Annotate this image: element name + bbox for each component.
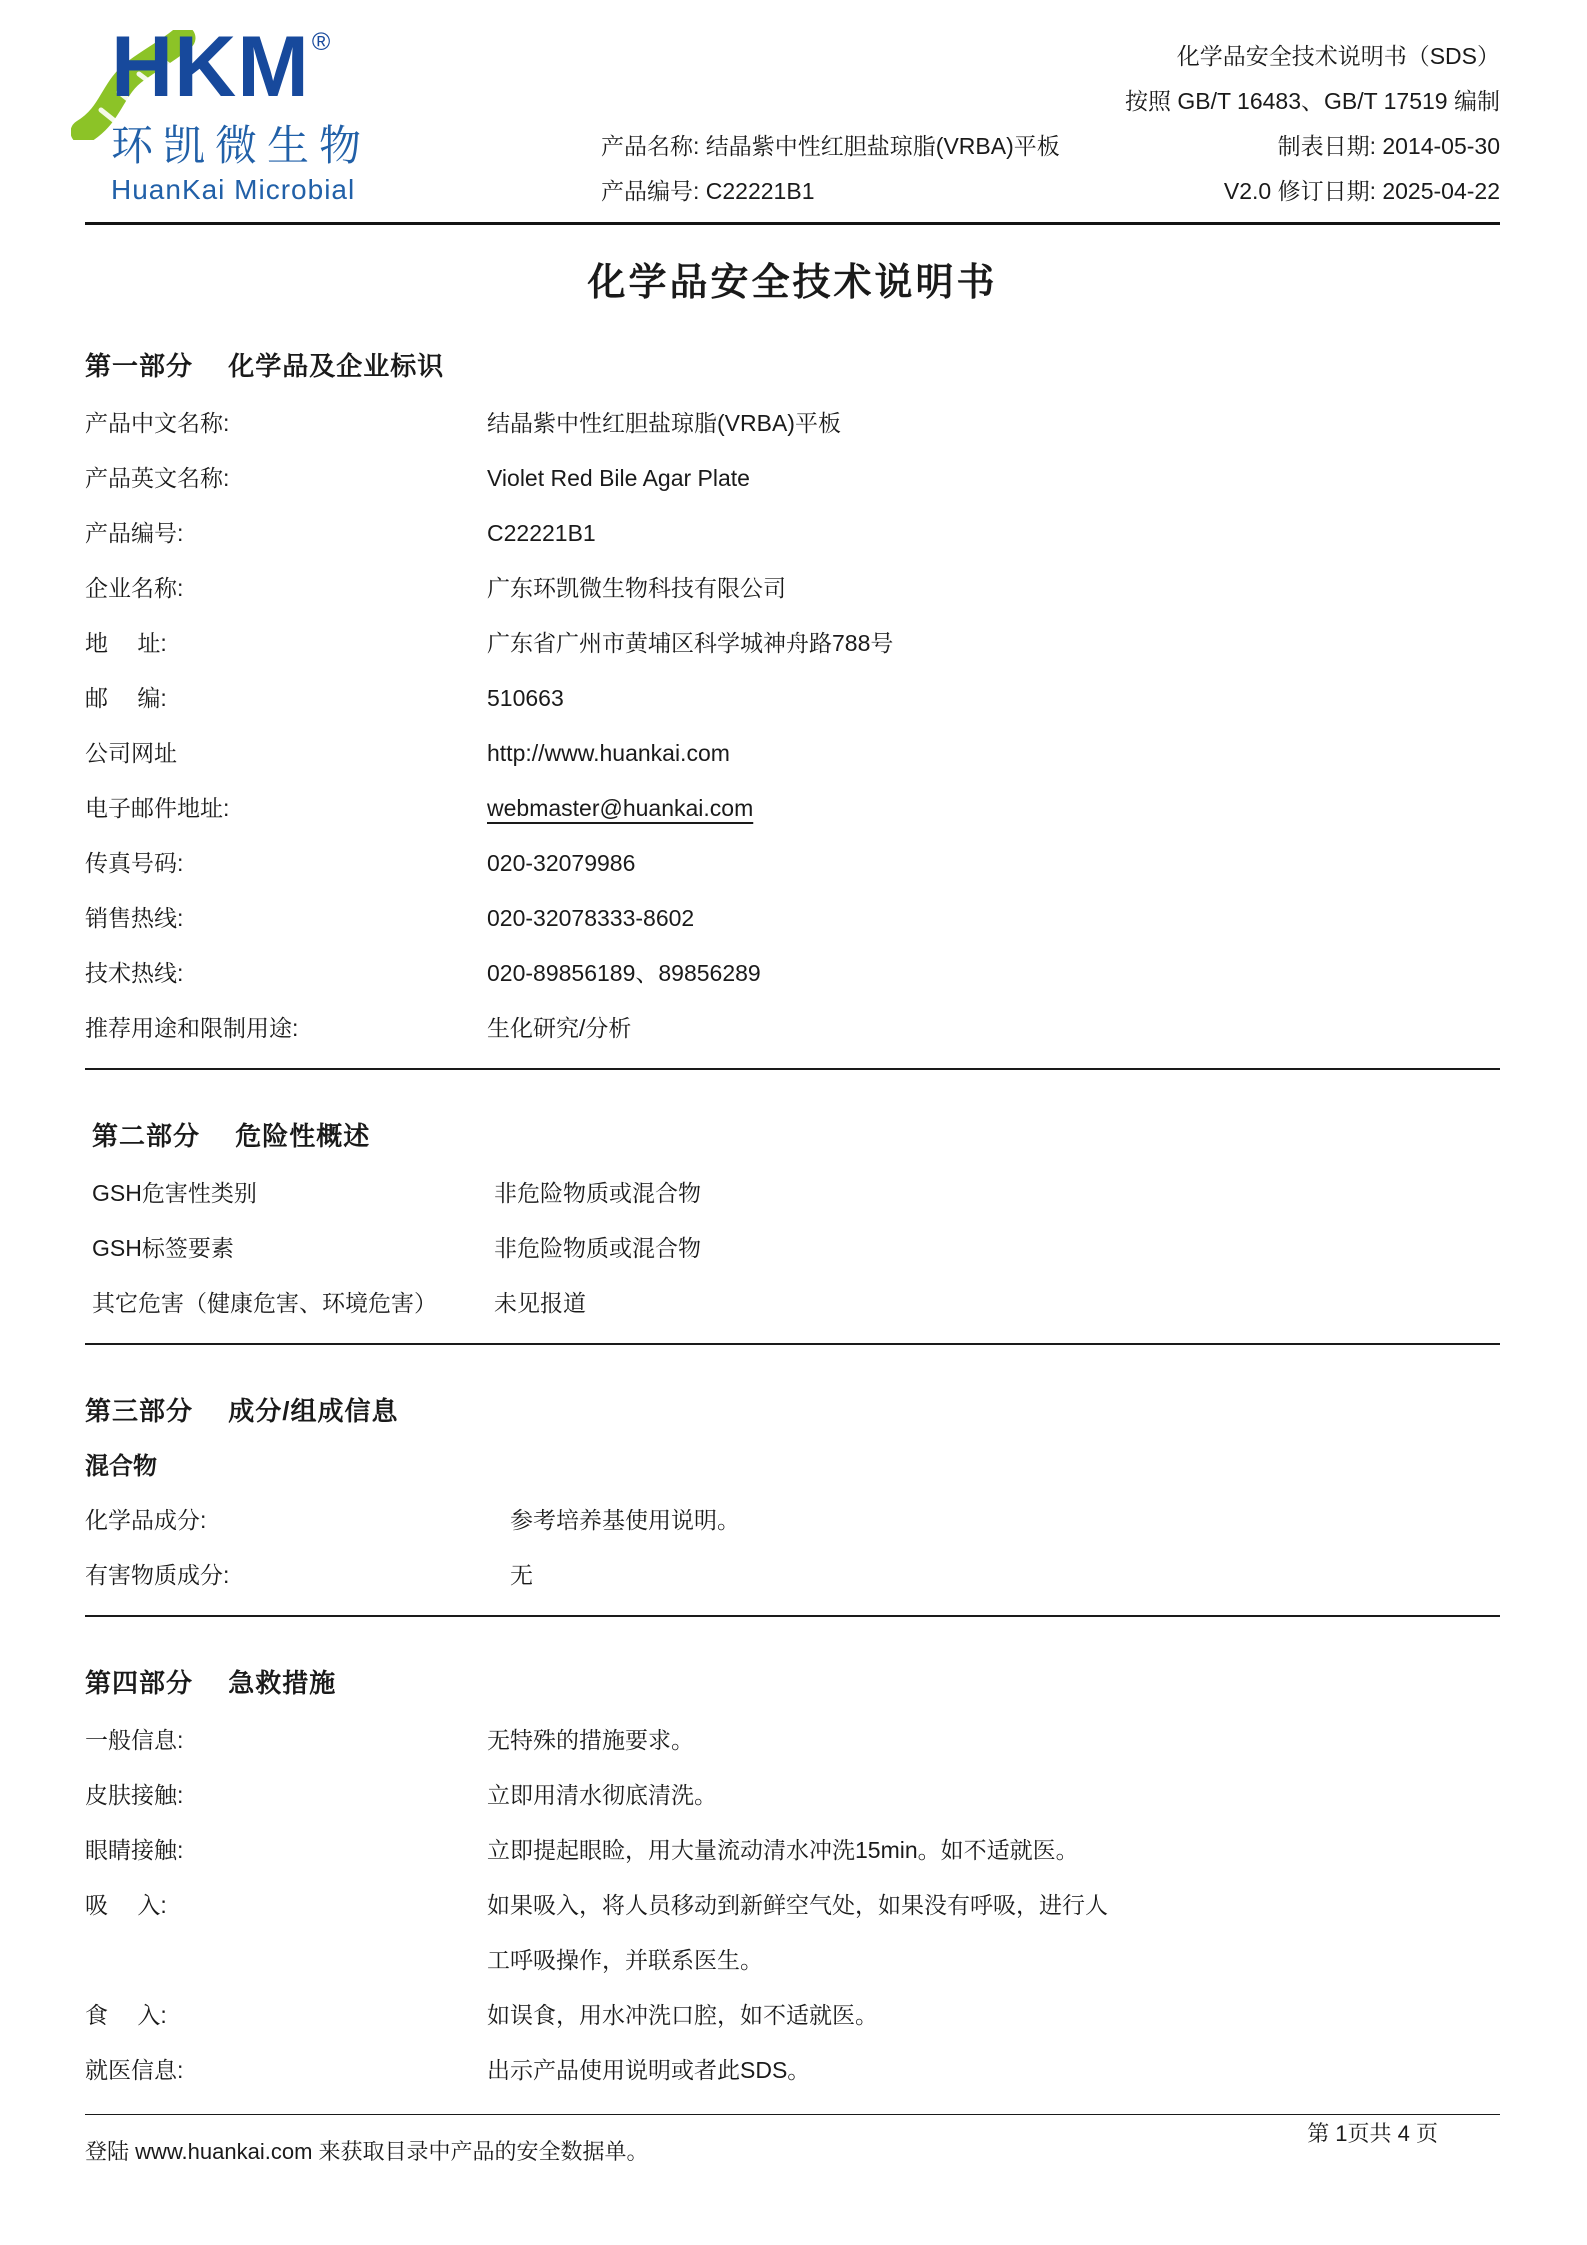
- email-link[interactable]: webmaster@huankai.com: [487, 781, 1500, 836]
- field-row: 一般信息: 无特殊的措施要求。: [85, 1713, 1500, 1768]
- field-label: 食 入:: [85, 1988, 487, 2043]
- section-first-aid-measures: 第四部分 急救措施 一般信息: 无特殊的措施要求。 皮肤接触: 立即用清水彻底清…: [85, 1663, 1500, 2115]
- field-label: GSH标签要素: [92, 1221, 494, 1276]
- field-row: 眼睛接触: 立即提起眼睑，用大量流动清水冲洗15min。如不适就医。: [85, 1823, 1500, 1878]
- field-value: 如误食，用水冲洗口腔，如不适就医。: [487, 1988, 1500, 2043]
- field-row: 吸 入: 如果吸入，将人员移动到新鲜空气处，如果没有呼吸，进行人 工呼吸操作，并…: [85, 1878, 1500, 1988]
- field-label: 有害物质成分:: [85, 1548, 510, 1603]
- field-label: 产品英文名称:: [85, 451, 487, 506]
- page-number: 第 1页共 4 页: [1307, 2119, 1438, 2149]
- document-header: HKM® 环凯微生物 HuanKai Microbial 化学品安全技术说明书（…: [85, 0, 1500, 225]
- field-label: GSH危害性类别: [92, 1166, 494, 1221]
- header-line-code: 产品编号: C22221B1 V2.0 修订日期: 2025-04-22: [601, 169, 1500, 214]
- sds-document-page: HKM® 环凯微生物 HuanKai Microbial 化学品安全技术说明书（…: [0, 0, 1587, 2245]
- field-label: 地 址:: [85, 616, 487, 671]
- field-value: 无特殊的措施要求。: [487, 1713, 1500, 1768]
- field-value: 未见报道: [494, 1276, 1500, 1331]
- registered-trademark-mark: ®: [312, 28, 331, 56]
- header-doc-type: 化学品安全技术说明书（SDS）: [601, 34, 1500, 79]
- field-label: 产品编号:: [85, 506, 487, 561]
- field-row: 企业名称: 广东环凯微生物科技有限公司: [85, 561, 1500, 616]
- field-row: GSH危害性类别 非危险物质或混合物: [92, 1166, 1500, 1221]
- field-row: 公司网址 http://www.huankai.com: [85, 726, 1500, 781]
- header-created-date: 制表日期: 2014-05-30: [1278, 124, 1500, 169]
- page-title: 化学品安全技术说明书: [85, 251, 1500, 306]
- field-value: 非危险物质或混合物: [494, 1166, 1500, 1221]
- field-row: 皮肤接触: 立即用清水彻底清洗。: [85, 1768, 1500, 1823]
- field-label: 其它危害（健康危害、环境危害）: [92, 1276, 494, 1331]
- field-row: GSH标签要素 非危险物质或混合物: [92, 1221, 1500, 1276]
- field-value: 020-89856189、89856289: [487, 946, 1500, 1001]
- field-row: 食 入: 如误食，用水冲洗口腔，如不适就医。: [85, 1988, 1500, 2043]
- field-value: 无: [510, 1548, 1500, 1603]
- logo-acronym: HKM®: [111, 26, 329, 109]
- field-label: 化学品成分:: [85, 1493, 510, 1548]
- header-line-product: 产品名称: 结晶紫中性红胆盐琼脂(VRBA)平板 制表日期: 2014-05-3…: [601, 124, 1500, 169]
- header-product-code: 产品编号: C22221B1: [601, 169, 814, 214]
- field-value: 出示产品使用说明或者此SDS。: [487, 2043, 1500, 2098]
- field-row: 邮 编: 510663: [85, 671, 1500, 726]
- field-label: 一般信息:: [85, 1713, 487, 1768]
- field-value: 广东环凯微生物科技有限公司: [487, 561, 1500, 616]
- header-product-name: 产品名称: 结晶紫中性红胆盐琼脂(VRBA)平板: [601, 124, 1060, 169]
- field-value: 020-32078333-8602: [487, 891, 1500, 946]
- header-revision-date: V2.0 修订日期: 2025-04-22: [1224, 169, 1500, 214]
- page-footer: 登陆 www.huankai.com 来获取目录中产品的安全数据单。 第 1页共…: [85, 2115, 1500, 2166]
- field-row: 推荐用途和限制用途: 生化研究/分析: [85, 1001, 1500, 1056]
- section-chemical-and-enterprise-identification: 第一部分 化学品及企业标识 产品中文名称: 结晶紫中性红胆盐琼脂(VRBA)平板…: [85, 346, 1500, 1070]
- section-heading: 第三部分 成分/组成信息: [85, 1391, 1500, 1428]
- field-row: 传真号码: 020-32079986: [85, 836, 1500, 891]
- field-label: 电子邮件地址:: [85, 781, 487, 836]
- field-value: 参考培养基使用说明。: [510, 1493, 1500, 1548]
- field-row: 化学品成分: 参考培养基使用说明。: [85, 1493, 1500, 1548]
- field-label: 企业名称:: [85, 561, 487, 616]
- field-value: 生化研究/分析: [487, 1001, 1500, 1056]
- section-hazard-overview: 第二部分 危险性概述 GSH危害性类别 非危险物质或混合物 GSH标签要素 非危…: [85, 1116, 1500, 1345]
- section-heading: 第四部分 急救措施: [85, 1663, 1500, 1700]
- field-row: 电子邮件地址: webmaster@huankai.com: [85, 781, 1500, 836]
- header-info: 化学品安全技术说明书（SDS） 按照 GB/T 16483、GB/T 17519…: [601, 26, 1500, 214]
- field-row: 其它危害（健康危害、环境危害） 未见报道: [92, 1276, 1500, 1331]
- field-label: 吸 入:: [85, 1878, 487, 1988]
- header-standard-note: 按照 GB/T 16483、GB/T 17519 编制: [601, 79, 1500, 124]
- footer-note: 登陆 www.huankai.com 来获取目录中产品的安全数据单。: [85, 2135, 649, 2166]
- field-row: 产品中文名称: 结晶紫中性红胆盐琼脂(VRBA)平板: [85, 396, 1500, 451]
- field-value-line-1: 如果吸入，将人员移动到新鲜空气处，如果没有呼吸，进行人: [487, 1878, 1500, 1933]
- field-row: 有害物质成分: 无: [85, 1548, 1500, 1603]
- field-value: 广东省广州市黄埔区科学城神舟路788号: [487, 616, 1500, 671]
- field-label: 产品中文名称:: [85, 396, 487, 451]
- field-label: 就医信息:: [85, 2043, 487, 2098]
- field-label: 销售热线:: [85, 891, 487, 946]
- field-label: 皮肤接触:: [85, 1768, 487, 1823]
- section-heading: 第二部分 危险性概述: [92, 1116, 1500, 1153]
- section-composition-info: 第三部分 成分/组成信息 混合物 化学品成分: 参考培养基使用说明。 有害物质成…: [85, 1391, 1500, 1617]
- section-heading: 第一部分 化学品及企业标识: [85, 346, 1500, 383]
- field-row: 就医信息: 出示产品使用说明或者此SDS。: [85, 2043, 1500, 2098]
- field-value: C22221B1: [487, 506, 1500, 561]
- field-row: 产品编号: C22221B1: [85, 506, 1500, 561]
- company-logo: HKM® 环凯微生物 HuanKai Microbial: [85, 26, 483, 206]
- field-value-multiline: 如果吸入，将人员移动到新鲜空气处，如果没有呼吸，进行人 工呼吸操作，并联系医生。: [487, 1878, 1500, 1988]
- field-label: 推荐用途和限制用途:: [85, 1001, 487, 1056]
- field-value: 立即提起眼睑，用大量流动清水冲洗15min。如不适就医。: [487, 1823, 1500, 1878]
- field-value: 510663: [487, 671, 1500, 726]
- field-row: 销售热线: 020-32078333-8602: [85, 891, 1500, 946]
- field-value: 非危险物质或混合物: [494, 1221, 1500, 1276]
- field-row: 地 址: 广东省广州市黄埔区科学城神舟路788号: [85, 616, 1500, 671]
- field-label: 技术热线:: [85, 946, 487, 1001]
- company-website-value: http://www.huankai.com: [487, 726, 1500, 781]
- logo-en-name: HuanKai Microbial: [111, 174, 483, 206]
- field-value: 结晶紫中性红胆盐琼脂(VRBA)平板: [487, 396, 1500, 451]
- field-row: 产品英文名称: Violet Red Bile Agar Plate: [85, 451, 1500, 506]
- field-value: 立即用清水彻底清洗。: [487, 1768, 1500, 1823]
- field-value: Violet Red Bile Agar Plate: [487, 451, 1500, 506]
- field-row: 技术热线: 020-89856189、89856289: [85, 946, 1500, 1001]
- field-label: 传真号码:: [85, 836, 487, 891]
- field-label: 眼睛接触:: [85, 1823, 487, 1878]
- logo-acronym-text: HKM: [111, 19, 310, 115]
- field-label: 邮 编:: [85, 671, 487, 726]
- mixture-subheading: 混合物: [85, 1441, 1500, 1493]
- field-value: 020-32079986: [487, 836, 1500, 891]
- field-label: 公司网址: [85, 726, 487, 781]
- field-value-line-2: 工呼吸操作，并联系医生。: [487, 1933, 1500, 1988]
